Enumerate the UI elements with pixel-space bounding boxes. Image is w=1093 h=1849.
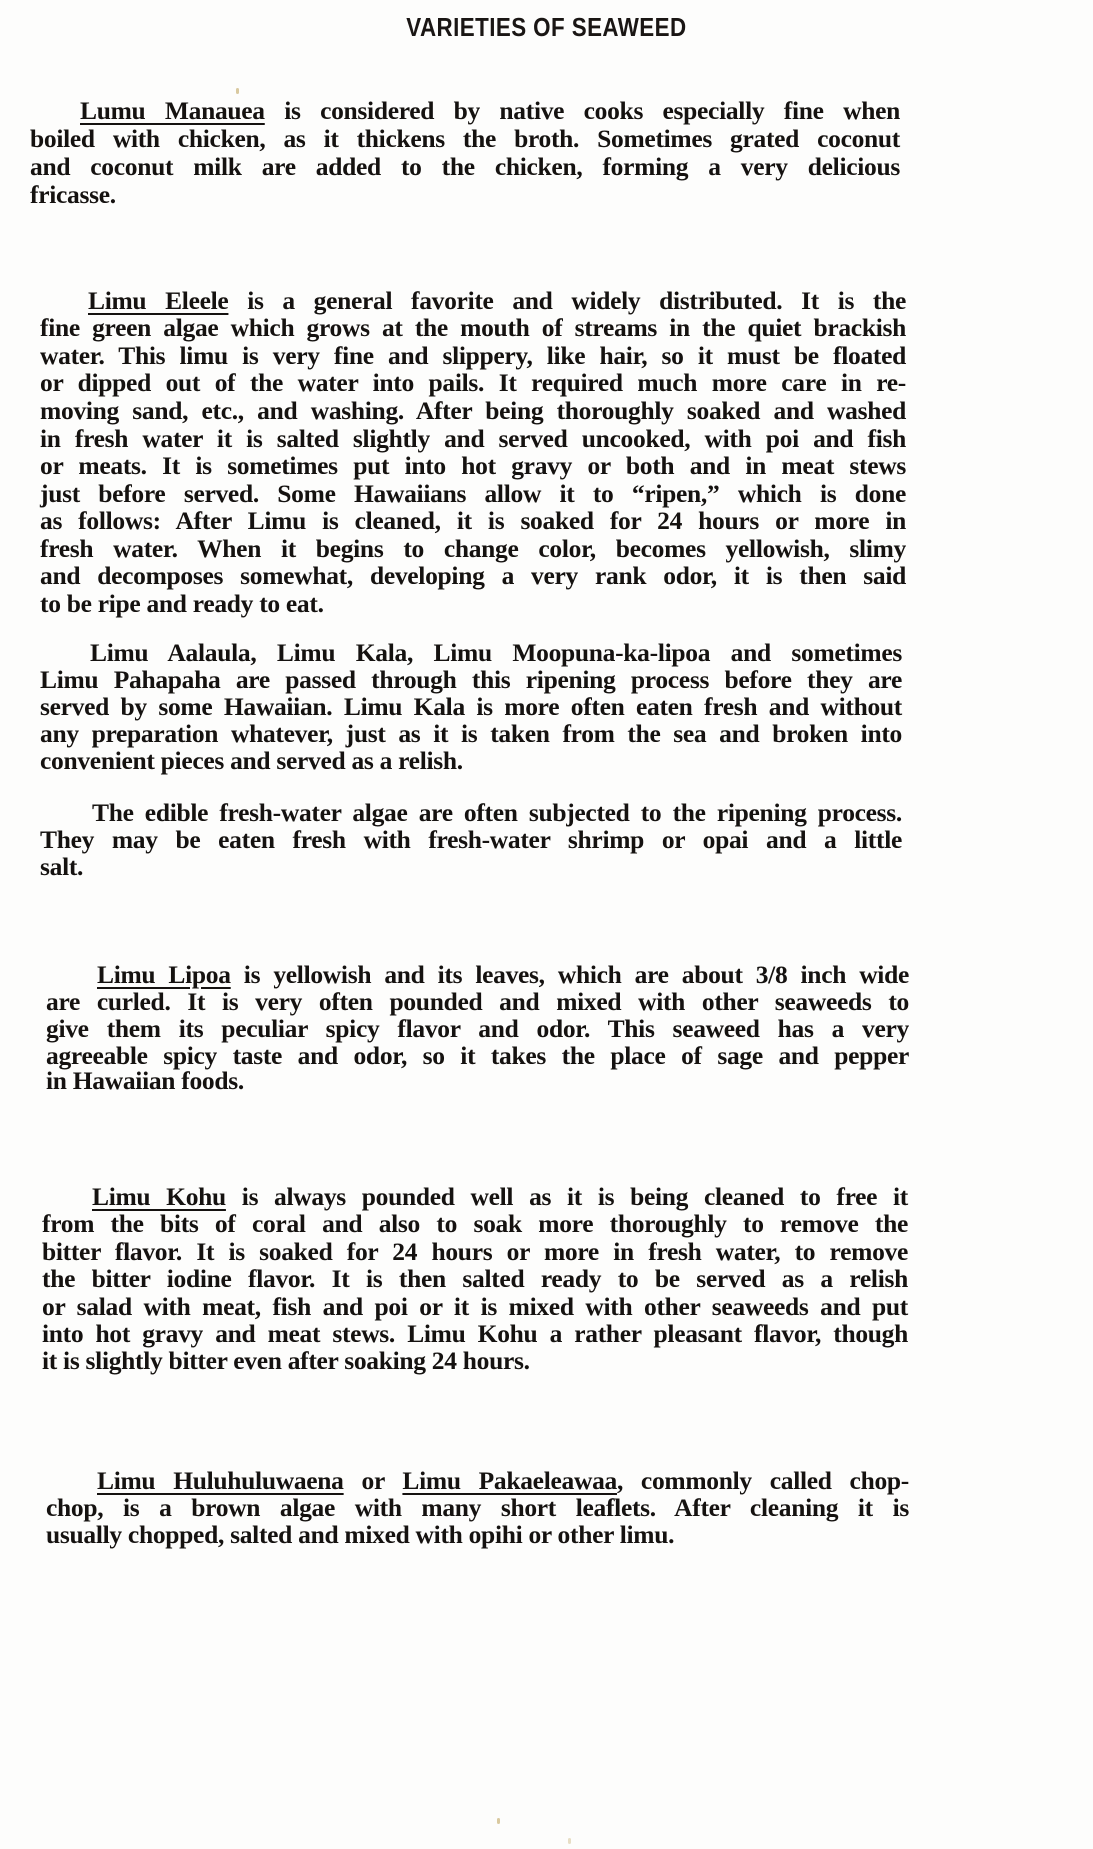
- seaweed-name: Limu Huluhuluwaena: [97, 1466, 344, 1495]
- paper-speck: [497, 1818, 500, 1824]
- text-line: fricasse.: [30, 180, 900, 210]
- text-line: and decomposes somewhat, developing a ve…: [40, 561, 906, 591]
- text-line: into hot gravy and meat stews. Limu Kohu…: [42, 1319, 908, 1349]
- text-line: Limu Kohu is always pounded well as it i…: [92, 1182, 908, 1212]
- text-line: Limu Lipoa is yellowish and its leaves, …: [97, 960, 909, 990]
- text-line: from the bits of coral and also to soak …: [42, 1209, 908, 1239]
- text-line: the bitter iodine flavor. It is then sal…: [42, 1264, 908, 1294]
- seaweed-name: Limu Lipoa: [97, 960, 231, 989]
- text-line: The edible fresh-water algae are often s…: [92, 798, 902, 828]
- text-line: They may be eaten fresh with fresh-water…: [40, 825, 902, 855]
- text-line: or dipped out of the water into pails. I…: [40, 368, 906, 398]
- text-line: fresh water. When it begins to change co…: [40, 534, 906, 564]
- text-line: Limu Eleele is a general favorite and wi…: [88, 286, 906, 316]
- text-line: in fresh water it is salted slightly and…: [40, 424, 906, 454]
- text-line: salt.: [40, 852, 902, 882]
- text-line: in Hawaiian foods.: [46, 1066, 909, 1096]
- text-line: boiled with chicken, as it thickens the …: [30, 124, 900, 154]
- text-line: usually chopped, salted and mixed with o…: [46, 1520, 909, 1550]
- text-line: or meats. It is sometimes put into hot g…: [40, 451, 906, 481]
- text-line: and coconut milk are added to the chicke…: [30, 152, 900, 182]
- text-line: Limu Pahapaha are passed through this ri…: [40, 665, 902, 695]
- text-line: to be ripe and ready to eat.: [40, 589, 906, 619]
- text-line: Limu Huluhuluwaena or Limu Pakaeleawaa, …: [97, 1466, 909, 1496]
- seaweed-name: Limu Kohu: [92, 1182, 226, 1211]
- paper-speck: [568, 1838, 571, 1844]
- text-line: served by some Hawaiian. Limu Kala is mo…: [40, 692, 902, 722]
- text-line: or salad with meat, fish and poi or it i…: [42, 1292, 908, 1322]
- text-line: bitter flavor. It is soaked for 24 hours…: [42, 1237, 908, 1267]
- seaweed-name: Lumu Manauea: [80, 96, 265, 125]
- text-line: chop, is a brown algae with many short l…: [46, 1493, 909, 1523]
- text-line: just before served. Some Hawaiians allow…: [40, 479, 906, 509]
- text-line: any preparation whatever, just as it is …: [40, 719, 902, 749]
- text-line: moving sand, etc., and washing. After be…: [40, 396, 906, 426]
- text-line: Lumu Manauea is considered by native coo…: [80, 96, 900, 126]
- seaweed-name: Limu Eleele: [88, 286, 228, 315]
- text-line: Limu Aalaula, Limu Kala, Limu Moopuna-ka…: [90, 638, 902, 668]
- text-line: are curled. It is very often pounded and…: [46, 987, 909, 1017]
- text-line: give them its peculiar spicy flavor and …: [46, 1014, 909, 1044]
- text-line: convenient pieces and served as a relish…: [40, 746, 902, 776]
- text-line: it is slightly bitter even after soaking…: [42, 1346, 908, 1376]
- text-line: water. This limu is very fine and slippe…: [40, 341, 906, 371]
- page-title: VARIETIES OF SEAWEED: [76, 12, 1016, 43]
- paper-speck: [236, 88, 239, 94]
- text-line: as follows: After Limu is cleaned, it is…: [40, 506, 906, 536]
- seaweed-alt-name: Limu Pakaeleawaa: [402, 1466, 617, 1495]
- text-line: fine green algae which grows at the mout…: [40, 313, 906, 343]
